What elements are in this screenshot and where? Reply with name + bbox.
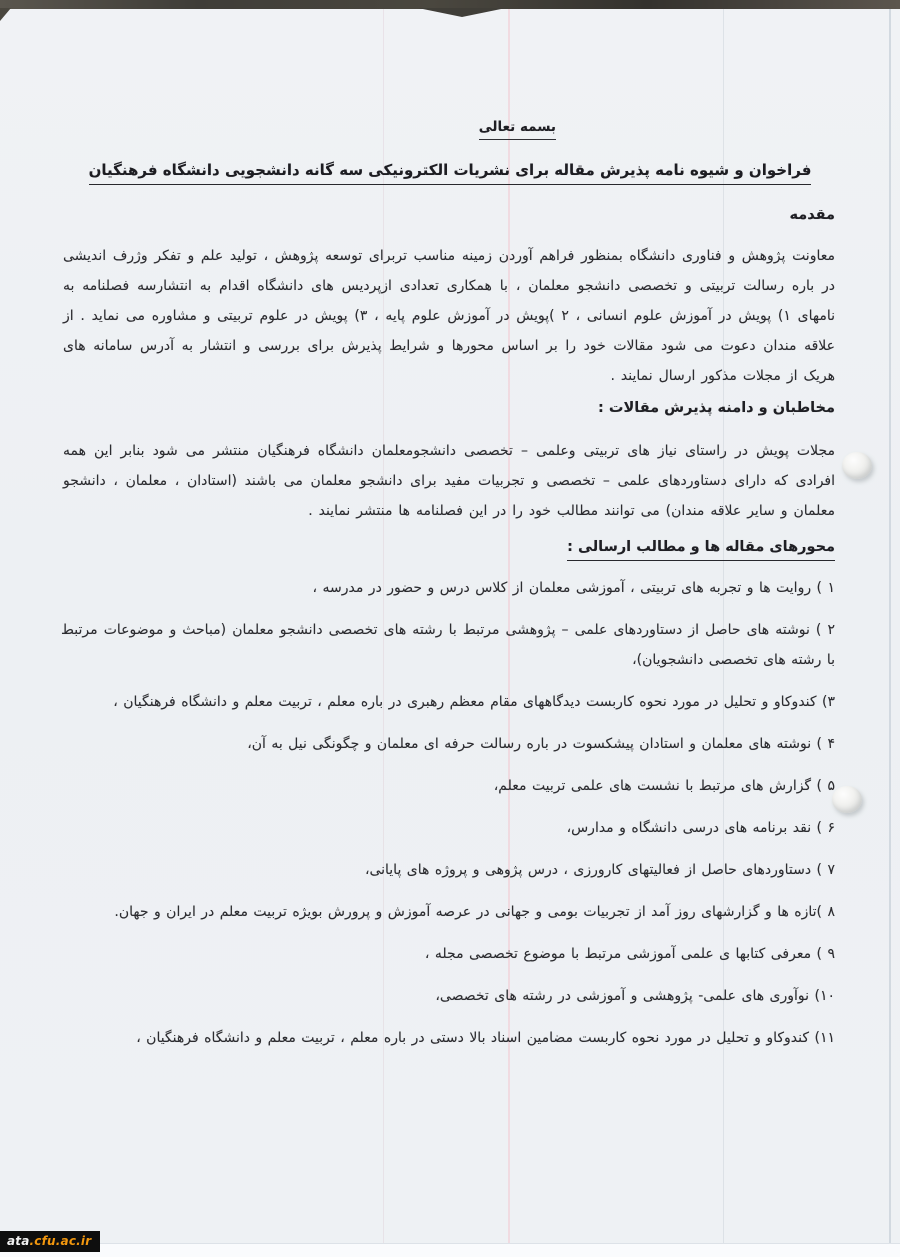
list-item: ۱ ) روایت ها و تجربه های تربیتی ، آموزشی…	[61, 573, 835, 603]
title-row: فراخوان و شیوه نامه پذیرش مقاله برای نشر…	[0, 160, 900, 179]
site-watermark: ata.cfu.ac.ir	[0, 1231, 100, 1252]
list-item: ۴ ) نوشته های معلمان و استادان پیشکسوت د…	[61, 729, 835, 759]
list-item: ۱۰) نوآوری های علمی- پژوهشی و آموزشی در …	[61, 981, 835, 1011]
intro-paragraph: معاونت پژوهش و فناوری دانشگاه بمنظور فرا…	[63, 241, 835, 391]
document-title: فراخوان و شیوه نامه پذیرش مقاله برای نشر…	[89, 161, 812, 185]
list-item: ۹ ) معرفی کتابها ی علمی آموزشی مرتبط با …	[61, 939, 835, 969]
scanned-document-page: بسمه تعالی فراخوان و شیوه نامه پذیرش مقا…	[0, 0, 900, 1257]
basmala: بسمه تعالی	[479, 119, 556, 140]
list-item: ۷ ) دستاوردهای حاصل از فعالیتهای کارورزی…	[61, 855, 835, 885]
audience-paragraph: مجلات پویش در راستای نیاز های تربیتی وعل…	[63, 436, 835, 526]
audience-heading: مخاطبان و دامنه پذیرش مقالات :	[598, 400, 835, 416]
watermark-prefix: ata	[7, 1234, 30, 1248]
list-item: ۱۱) کندوکاو و تحلیل در مورد نحوه کاربست …	[61, 1023, 835, 1053]
list-item: ۲ ) نوشته های حاصل از دستاوردهای علمی – …	[61, 615, 835, 675]
list-item: ۵ ) گزارش های مرتبط با نشست های علمی ترب…	[61, 771, 835, 801]
axes-heading: محورهای مقاله ها و مطالب ارسالی :	[567, 539, 835, 561]
list-item: ۳) کندوکاو و تحلیل در مورد نحوه کاربست د…	[61, 687, 835, 717]
watermark-domain: .cfu.ac.ir	[30, 1234, 92, 1248]
list-item: ۶ ) نقد برنامه های درسی دانشگاه و مدارس،	[61, 813, 835, 843]
intro-heading: مقدمه	[789, 207, 835, 223]
axes-list: ۱ ) روایت ها و تجربه های تربیتی ، آموزشی…	[61, 573, 835, 1065]
list-item: ۸ )تازه ها و گزارشهای روز آمد از تجربیات…	[61, 897, 835, 927]
